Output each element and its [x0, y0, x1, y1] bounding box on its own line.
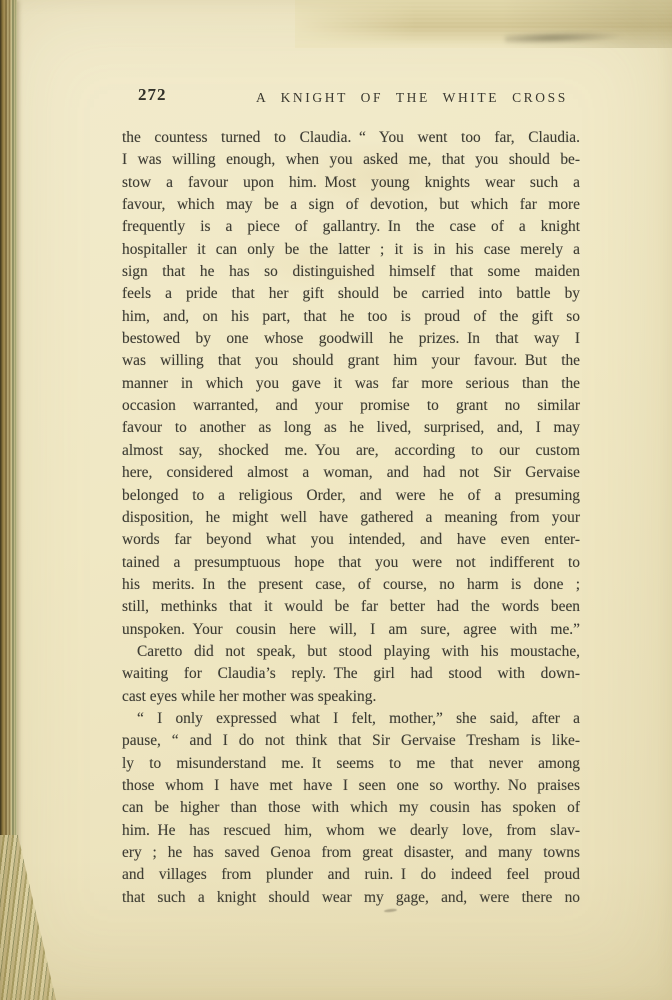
text-line: was willing that you should grant him yo…: [122, 350, 580, 372]
running-title: A KNIGHT OF THE WHITE CROSS: [256, 90, 568, 106]
text-line: waiting for Claudia’s reply. The girl ha…: [122, 663, 580, 685]
text-line: those whom I have met have I seen one so…: [122, 775, 580, 797]
text-line: favour, which may be a sign of devotion,…: [122, 194, 580, 216]
text-line: cast eyes while her mother was speaking.: [122, 686, 580, 708]
page-number: 272: [138, 85, 167, 105]
text-line: him, and, on his part, that he too is pr…: [122, 306, 580, 328]
text-line: occasion warranted, and your promise to …: [122, 395, 580, 417]
text-line: ly to misunderstand me. It seems to me t…: [122, 753, 580, 775]
text-line: here, considered almost a woman, and had…: [122, 462, 580, 484]
text-line: disposition, he might well have gathered…: [122, 507, 580, 529]
page-edges-bottom-left: [0, 835, 56, 1000]
text-line: ery ; he has saved Genoa from great disa…: [122, 842, 580, 864]
smudge-mark: [384, 908, 397, 912]
page-text: the countess turned to Claudia. “ You we…: [122, 127, 580, 909]
text-line: favour to another as long as he lived, s…: [122, 417, 580, 439]
book-photo: 272 A KNIGHT OF THE WHITE CROSS the coun…: [0, 0, 672, 1000]
text-line: him. He has rescued him, whom we dearly …: [122, 820, 580, 842]
text-line: belonged to a religious Order, and were …: [122, 485, 580, 507]
text-line: pause, “ and I do not think that Sir Ger…: [122, 730, 580, 752]
text-line: tained a presumptuous hope that you were…: [122, 552, 580, 574]
text-line: frequently is a piece of gallantry. In t…: [122, 216, 580, 238]
text-line: I was willing enough, when you asked me,…: [122, 149, 580, 171]
text-line: unspoken. Your cousin here will, I am su…: [122, 619, 580, 641]
text-line: “ I only expressed what I felt, mother,”…: [122, 708, 580, 730]
text-line: bestowed by one whose goodwill he prizes…: [122, 328, 580, 350]
text-line: words far beyond what you intended, and …: [122, 529, 580, 551]
text-line: sign that he has so distinguished himsel…: [122, 261, 580, 283]
text-line: almost say, shocked me. You are, accordi…: [122, 440, 580, 462]
text-line: and villages from plunder and ruin. I do…: [122, 864, 580, 886]
text-line: still, methinks that it would be far bet…: [122, 596, 580, 618]
text-line: hospitaller it can only be the latter ; …: [122, 239, 580, 261]
text-line: Caretto did not speak, but stood playing…: [122, 641, 580, 663]
text-line: can be higher than those with which my c…: [122, 797, 580, 819]
text-line: feels a pride that her gift should be ca…: [122, 283, 580, 305]
text-line: the countess turned to Claudia. “ You we…: [122, 127, 580, 149]
text-line: manner in which you gave it was far more…: [122, 373, 580, 395]
text-line: his merits. In the present case, of cour…: [122, 574, 580, 596]
text-line: stow a favour upon him. Most young knigh…: [122, 172, 580, 194]
text-line: that such a knight should wear my gage, …: [122, 887, 580, 909]
